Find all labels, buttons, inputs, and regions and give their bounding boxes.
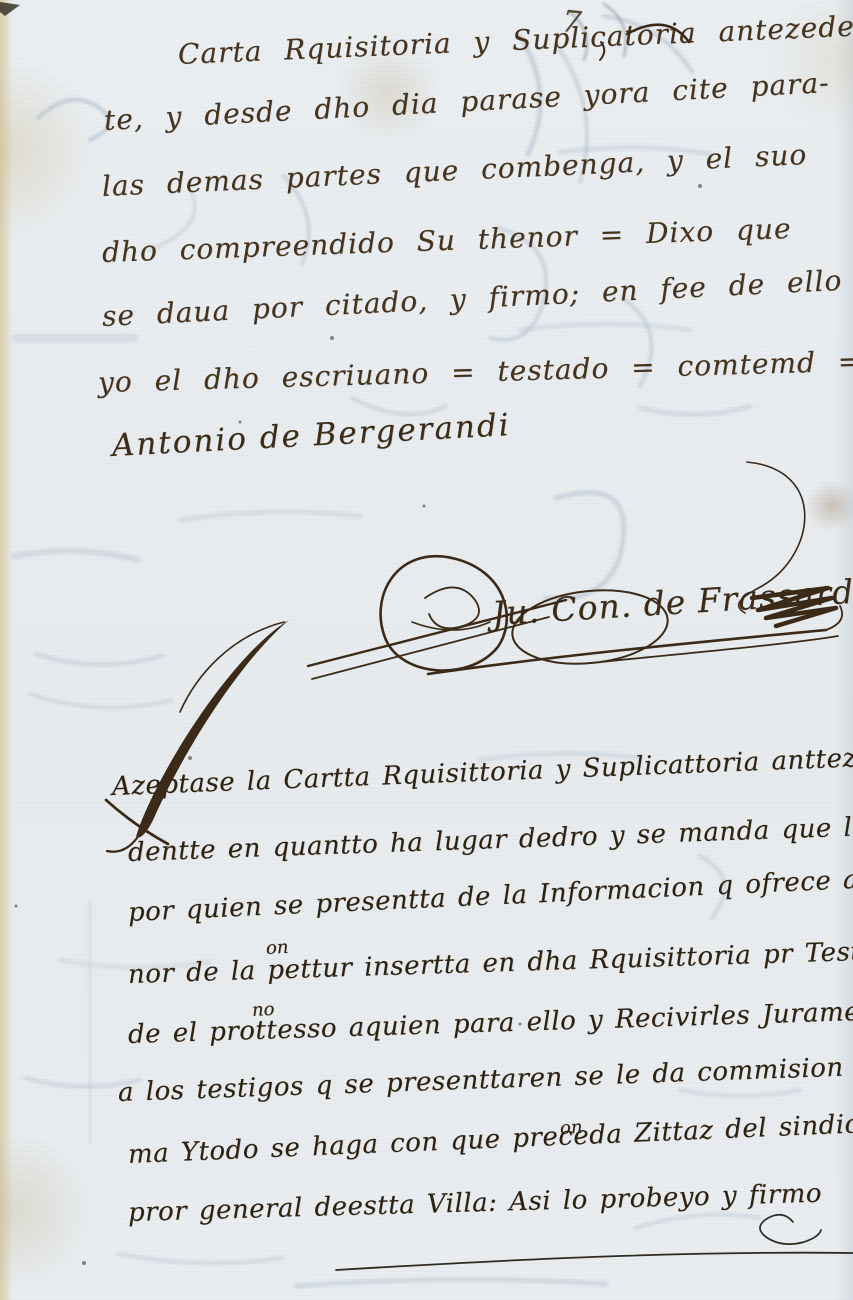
bottom-rule-stroke <box>336 1215 853 1270</box>
folio-flourish <box>600 25 689 60</box>
rubric-flourish <box>308 462 842 679</box>
signature-underline <box>428 630 826 674</box>
ink-flourish-layer <box>0 0 853 1300</box>
initial-flourish-j <box>106 620 289 852</box>
corner-mark <box>0 2 20 16</box>
manuscript-page: 7 Carta Rquisitoria y Suplicatoria antez… <box>0 0 853 1300</box>
ink-specks <box>15 184 703 1265</box>
